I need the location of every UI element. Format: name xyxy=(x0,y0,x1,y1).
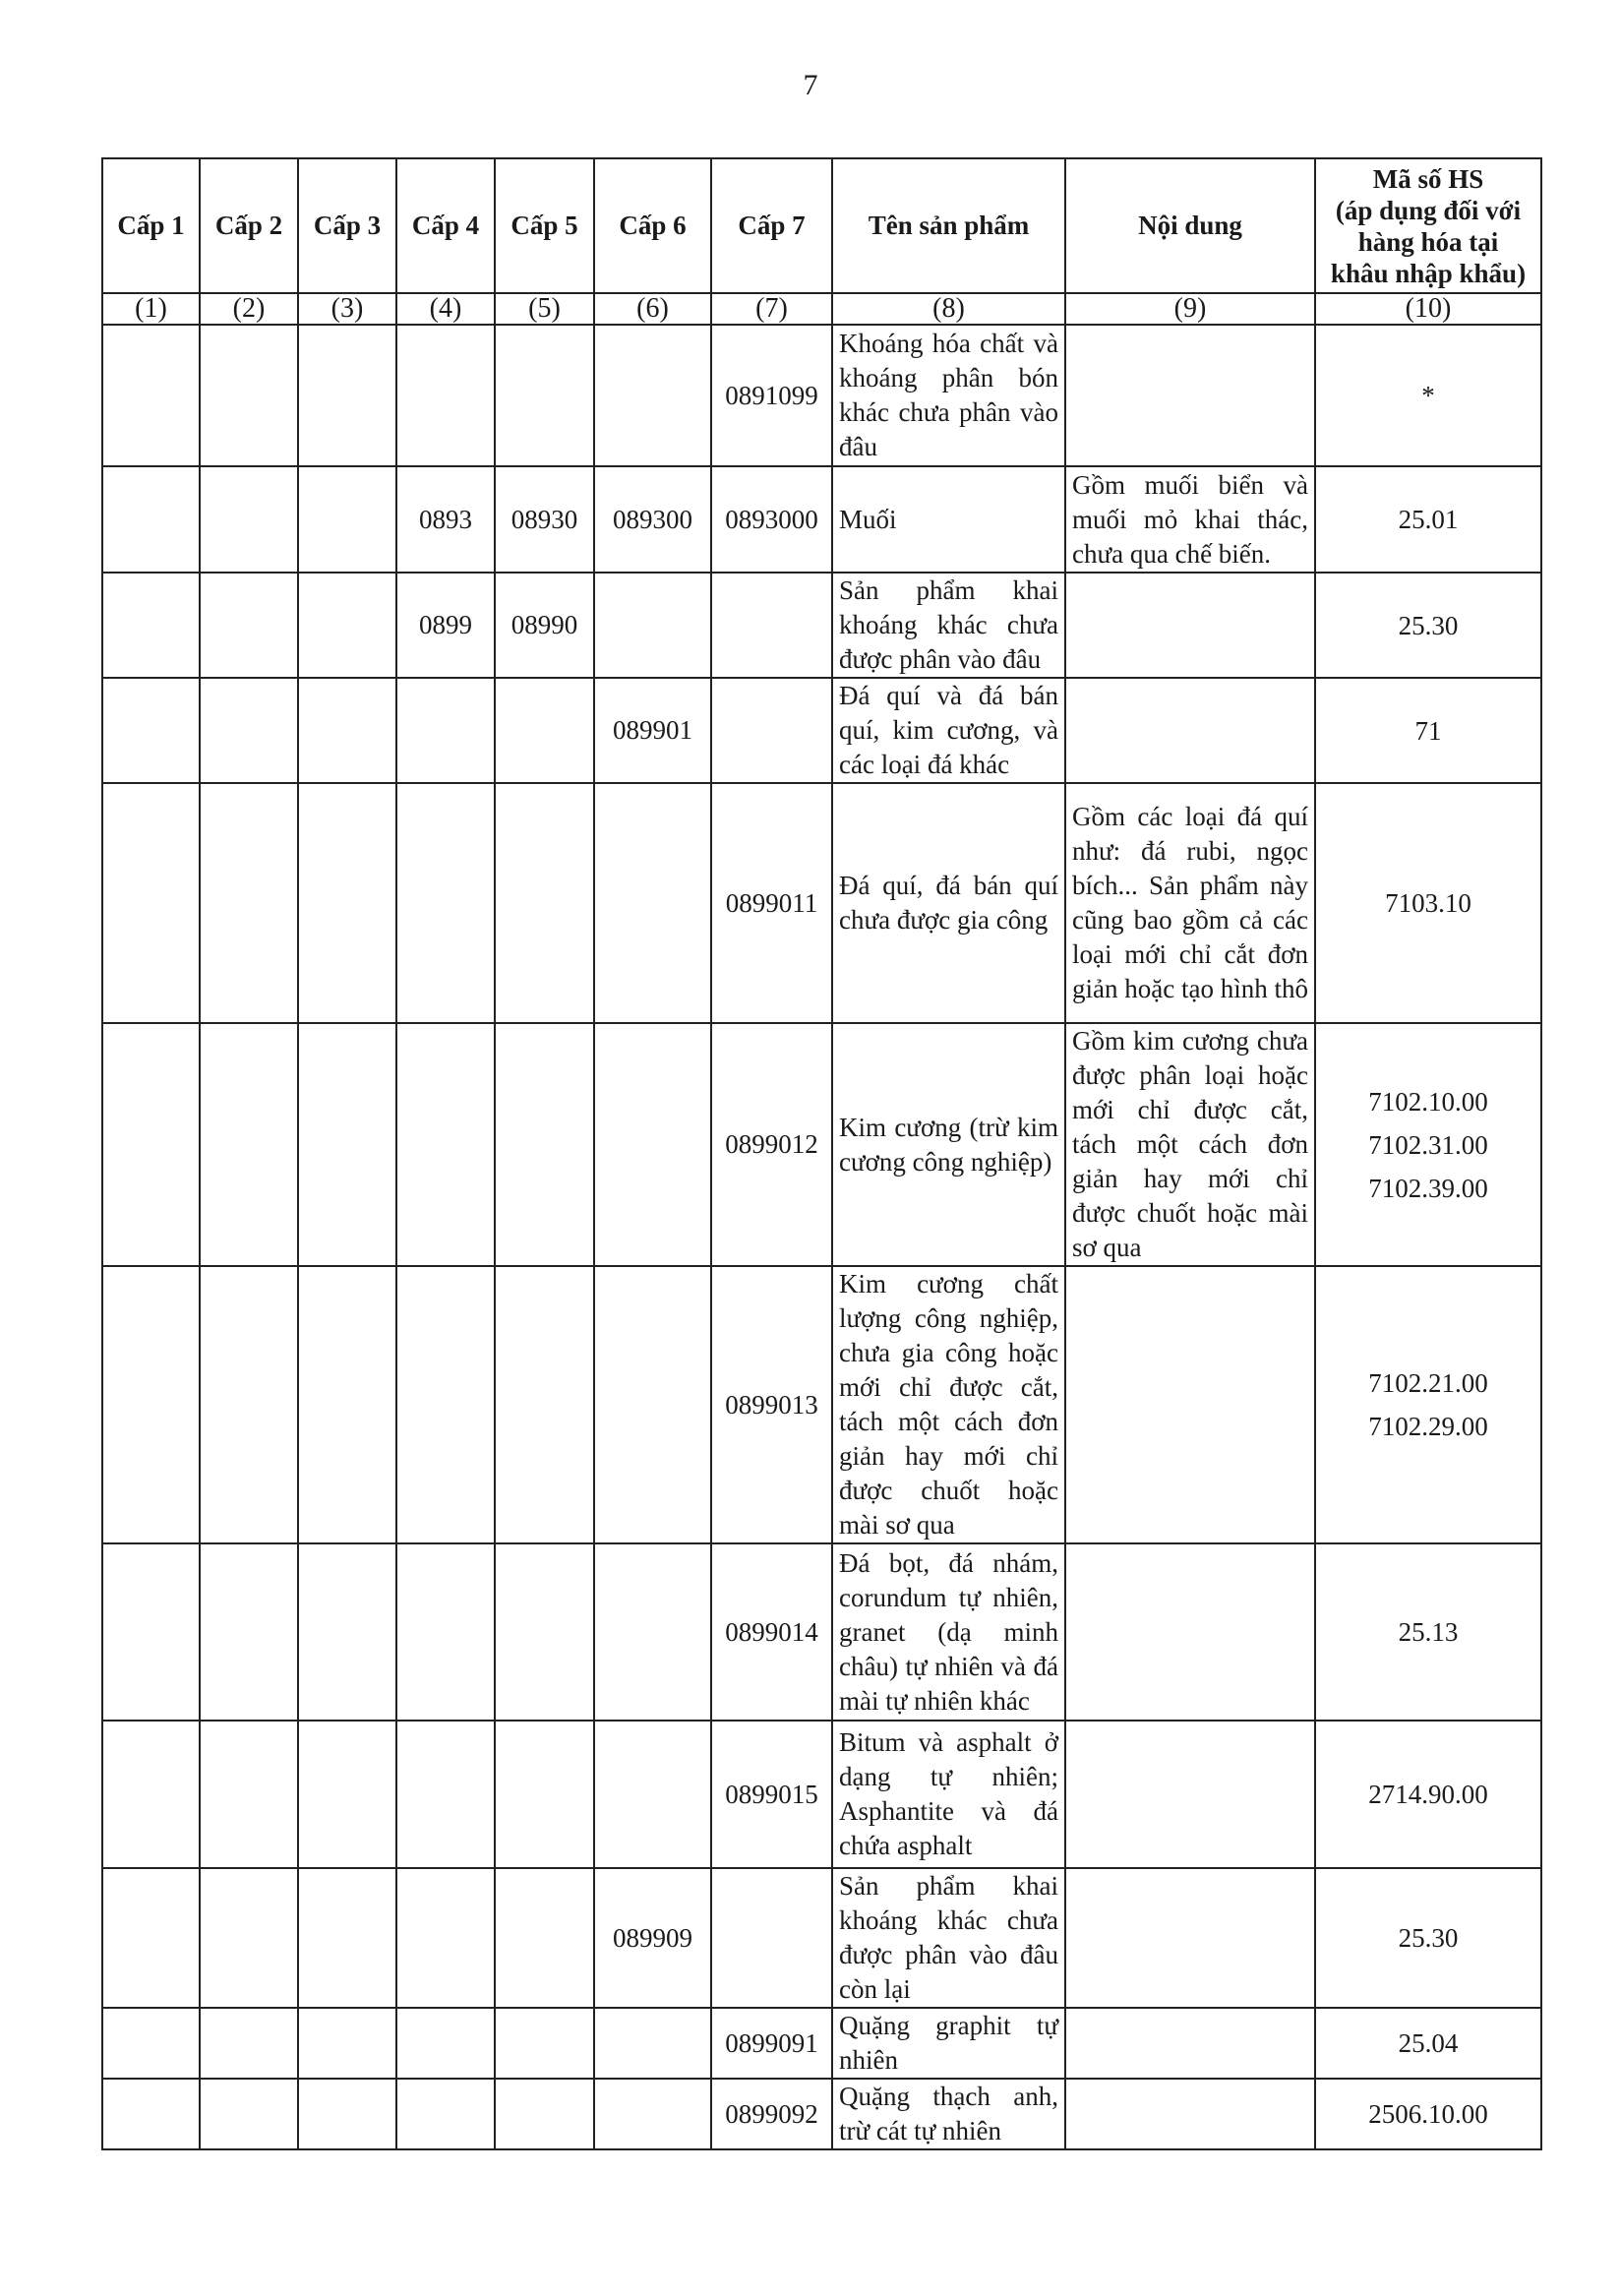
cap-4-cell xyxy=(396,325,495,466)
hs-code-value: 25.30 xyxy=(1322,604,1534,647)
cap-3-cell xyxy=(298,466,396,573)
cap-7-cell: 0899092 xyxy=(711,2079,832,2149)
product-name-cell: Sản phẩm khai khoáng khác chưa được phân… xyxy=(832,1868,1065,2008)
cap-3-cell xyxy=(298,573,396,678)
cap-4-cell xyxy=(396,1721,495,1868)
table-row: 0899092Quặng thạch anh, trừ cát tự nhiên… xyxy=(102,2079,1541,2149)
cap-4-cell: 0899 xyxy=(396,573,495,678)
column-index: (9) xyxy=(1065,293,1315,325)
column-index: (4) xyxy=(396,293,495,325)
content-cell: Gồm kim cương chưa được phân loại hoặc m… xyxy=(1065,1023,1315,1266)
cap-2-cell xyxy=(200,573,298,678)
content-cell xyxy=(1065,2008,1315,2079)
cap-7-cell: 0899012 xyxy=(711,1023,832,1266)
hs-code-cell: 25.30 xyxy=(1315,573,1541,678)
table-row: 0899015Bitum và asphalt ở dạng tự nhiên;… xyxy=(102,1721,1541,1868)
column-index-row: (1) (2) (3) (4) (5) (6) (7) (8) (9) (10) xyxy=(102,293,1541,325)
cap-7-cell: 0899014 xyxy=(711,1543,832,1721)
hs-header-line: hàng hóa tại xyxy=(1322,226,1534,258)
hs-code-cell: * xyxy=(1315,325,1541,466)
cap-3-cell xyxy=(298,2008,396,2079)
cap-2-cell xyxy=(200,1023,298,1266)
hs-code-value: 2714.90.00 xyxy=(1322,1773,1534,1816)
cap-6-cell xyxy=(594,1266,711,1543)
content-cell: Gồm muối biển và muối mỏ khai thác, chưa… xyxy=(1065,466,1315,573)
cap-7-cell: 0891099 xyxy=(711,325,832,466)
product-name-cell: Khoáng hóa chất và khoáng phân bón khác … xyxy=(832,325,1065,466)
column-index: (6) xyxy=(594,293,711,325)
hs-code-value: 7102.29.00 xyxy=(1322,1405,1534,1448)
cap-1-cell xyxy=(102,1543,200,1721)
hs-code-value: 71 xyxy=(1322,709,1534,753)
table-row: 089908990Sản phẩm khai khoáng khác chưa … xyxy=(102,573,1541,678)
hs-code-value: 25.13 xyxy=(1322,1610,1534,1654)
content-cell: Gồm các loại đá quí như: đá rubi, ngọc b… xyxy=(1065,783,1315,1023)
product-name-cell: Kim cương (trừ kim cương công nghiệp) xyxy=(832,1023,1065,1266)
cap-2-cell xyxy=(200,1868,298,2008)
cap-1-cell xyxy=(102,783,200,1023)
header-row: Cấp 1 Cấp 2 Cấp 3 Cấp 4 Cấp 5 Cấp 6 Cấp … xyxy=(102,158,1541,293)
hs-header-line: khâu nhập khẩu) xyxy=(1322,258,1534,289)
cap-1-cell xyxy=(102,1868,200,2008)
cap-5-cell xyxy=(495,1266,594,1543)
hs-code-value: 25.30 xyxy=(1322,1916,1534,1960)
cap-4-cell xyxy=(396,1543,495,1721)
header-product-name: Tên sản phẩm xyxy=(832,158,1065,293)
cap-6-cell: 089909 xyxy=(594,1868,711,2008)
table-row: 0893089300893000893000MuốiGồm muối biển … xyxy=(102,466,1541,573)
cap-5-cell xyxy=(495,2079,594,2149)
cap-5-cell xyxy=(495,678,594,783)
cap-3-cell xyxy=(298,2079,396,2149)
cap-3-cell xyxy=(298,1721,396,1868)
cap-7-cell: 0899011 xyxy=(711,783,832,1023)
cap-2-cell xyxy=(200,678,298,783)
cap-6-cell xyxy=(594,573,711,678)
cap-1-cell xyxy=(102,1023,200,1266)
hs-code-cell: 25.13 xyxy=(1315,1543,1541,1721)
header-hs-code: Mã số HS (áp dụng đối với hàng hóa tại k… xyxy=(1315,158,1541,293)
hs-code-cell: 2506.10.00 xyxy=(1315,2079,1541,2149)
product-name-cell: Bitum và asphalt ở dạng tự nhiên; Asphan… xyxy=(832,1721,1065,1868)
cap-4-cell: 0893 xyxy=(396,466,495,573)
hs-code-table: Cấp 1 Cấp 2 Cấp 3 Cấp 4 Cấp 5 Cấp 6 Cấp … xyxy=(101,157,1542,2150)
column-index: (2) xyxy=(200,293,298,325)
header-cap-7: Cấp 7 xyxy=(711,158,832,293)
content-cell xyxy=(1065,678,1315,783)
hs-code-cell: 7102.10.007102.31.007102.39.00 xyxy=(1315,1023,1541,1266)
cap-4-cell xyxy=(396,1023,495,1266)
cap-3-cell xyxy=(298,325,396,466)
product-name-cell: Sản phẩm khai khoáng khác chưa được phân… xyxy=(832,573,1065,678)
hs-code-cell: 7103.10 xyxy=(1315,783,1541,1023)
table-row: 089901Đá quí và đá bán quí, kim cương, v… xyxy=(102,678,1541,783)
header-cap-4: Cấp 4 xyxy=(396,158,495,293)
cap-7-cell: 0899091 xyxy=(711,2008,832,2079)
hs-code-value: 7102.39.00 xyxy=(1322,1167,1534,1210)
cap-1-cell xyxy=(102,1266,200,1543)
table-row: 0899012Kim cương (trừ kim cương công ngh… xyxy=(102,1023,1541,1266)
hs-code-cell: 25.01 xyxy=(1315,466,1541,573)
content-cell xyxy=(1065,1543,1315,1721)
column-index: (8) xyxy=(832,293,1065,325)
column-index: (7) xyxy=(711,293,832,325)
cap-5-cell xyxy=(495,1543,594,1721)
cap-6-cell xyxy=(594,2079,711,2149)
table-body: 0891099Khoáng hóa chất và khoáng phân bó… xyxy=(102,325,1541,2149)
content-cell xyxy=(1065,1721,1315,1868)
cap-1-cell xyxy=(102,2079,200,2149)
cap-4-cell xyxy=(396,678,495,783)
hs-code-value: * xyxy=(1322,374,1534,417)
table-row: 0891099Khoáng hóa chất và khoáng phân bó… xyxy=(102,325,1541,466)
cap-6-cell xyxy=(594,1023,711,1266)
cap-2-cell xyxy=(200,1543,298,1721)
hs-code-cell: 25.04 xyxy=(1315,2008,1541,2079)
cap-6-cell xyxy=(594,1721,711,1868)
column-index: (5) xyxy=(495,293,594,325)
cap-3-cell xyxy=(298,783,396,1023)
page-number: 7 xyxy=(0,69,1621,102)
cap-4-cell xyxy=(396,2079,495,2149)
product-name-cell: Quặng thạch anh, trừ cát tự nhiên xyxy=(832,2079,1065,2149)
hs-code-cell: 71 xyxy=(1315,678,1541,783)
table-row: 0899013Kim cương chất lượng công nghiệp,… xyxy=(102,1266,1541,1543)
content-cell xyxy=(1065,1266,1315,1543)
hs-header-line: (áp dụng đối với xyxy=(1322,195,1534,226)
product-name-cell: Kim cương chất lượng công nghiệp, chưa g… xyxy=(832,1266,1065,1543)
cap-7-cell: 0893000 xyxy=(711,466,832,573)
cap-3-cell xyxy=(298,1543,396,1721)
product-name-cell: Đá quí và đá bán quí, kim cương, và các … xyxy=(832,678,1065,783)
hs-code-value: 25.01 xyxy=(1322,498,1534,541)
hs-header-line: Mã số HS xyxy=(1322,163,1534,195)
header-cap-6: Cấp 6 xyxy=(594,158,711,293)
cap-5-cell xyxy=(495,1023,594,1266)
cap-5-cell xyxy=(495,1721,594,1868)
cap-5-cell xyxy=(495,783,594,1023)
column-index: (1) xyxy=(102,293,200,325)
cap-6-cell xyxy=(594,2008,711,2079)
cap-2-cell xyxy=(200,783,298,1023)
cap-2-cell xyxy=(200,2008,298,2079)
cap-5-cell: 08930 xyxy=(495,466,594,573)
cap-4-cell xyxy=(396,1868,495,2008)
product-name-cell: Quặng graphit tự nhiên xyxy=(832,2008,1065,2079)
cap-4-cell xyxy=(396,1266,495,1543)
cap-7-cell xyxy=(711,573,832,678)
product-name-cell: Đá quí, đá bán quí chưa được gia công xyxy=(832,783,1065,1023)
hs-code-cell: 7102.21.007102.29.00 xyxy=(1315,1266,1541,1543)
hs-code-value: 7102.10.00 xyxy=(1322,1080,1534,1123)
cap-1-cell xyxy=(102,2008,200,2079)
cap-2-cell xyxy=(200,325,298,466)
table-row: 0899011Đá quí, đá bán quí chưa được gia … xyxy=(102,783,1541,1023)
table-row: 0899014Đá bọt, đá nhám, corundum tự nhiê… xyxy=(102,1543,1541,1721)
hs-code-value: 2506.10.00 xyxy=(1322,2092,1534,2136)
cap-2-cell xyxy=(200,1721,298,1868)
cap-6-cell xyxy=(594,783,711,1023)
cap-5-cell: 08990 xyxy=(495,573,594,678)
cap-6-cell: 089901 xyxy=(594,678,711,783)
column-index: (3) xyxy=(298,293,396,325)
table-row: 0899091Quặng graphit tự nhiên25.04 xyxy=(102,2008,1541,2079)
header-content: Nội dung xyxy=(1065,158,1315,293)
content-cell xyxy=(1065,1868,1315,2008)
hs-code-value: 7102.21.00 xyxy=(1322,1361,1534,1405)
cap-3-cell xyxy=(298,1023,396,1266)
header-cap-5: Cấp 5 xyxy=(495,158,594,293)
cap-3-cell xyxy=(298,1266,396,1543)
content-cell xyxy=(1065,2079,1315,2149)
hs-code-value: 25.04 xyxy=(1322,2022,1534,2065)
cap-1-cell xyxy=(102,325,200,466)
cap-7-cell xyxy=(711,1868,832,2008)
cap-5-cell xyxy=(495,2008,594,2079)
cap-4-cell xyxy=(396,783,495,1023)
cap-2-cell xyxy=(200,1266,298,1543)
cap-5-cell xyxy=(495,1868,594,2008)
cap-1-cell xyxy=(102,466,200,573)
cap-6-cell xyxy=(594,1543,711,1721)
product-name-cell: Muối xyxy=(832,466,1065,573)
hs-code-cell: 25.30 xyxy=(1315,1868,1541,2008)
cap-7-cell xyxy=(711,678,832,783)
table-row: 089909Sản phẩm khai khoáng khác chưa đượ… xyxy=(102,1868,1541,2008)
cap-3-cell xyxy=(298,1868,396,2008)
cap-1-cell xyxy=(102,1721,200,1868)
cap-4-cell xyxy=(396,2008,495,2079)
cap-7-cell: 0899015 xyxy=(711,1721,832,1868)
cap-2-cell xyxy=(200,2079,298,2149)
header-cap-2: Cấp 2 xyxy=(200,158,298,293)
content-cell xyxy=(1065,573,1315,678)
product-name-cell: Đá bọt, đá nhám, corundum tự nhiên, gran… xyxy=(832,1543,1065,1721)
cap-1-cell xyxy=(102,678,200,783)
header-cap-3: Cấp 3 xyxy=(298,158,396,293)
cap-1-cell xyxy=(102,573,200,678)
content-cell xyxy=(1065,325,1315,466)
cap-7-cell: 0899013 xyxy=(711,1266,832,1543)
cap-2-cell xyxy=(200,466,298,573)
hs-code-value: 7103.10 xyxy=(1322,881,1534,925)
hs-code-value: 7102.31.00 xyxy=(1322,1123,1534,1167)
hs-code-cell: 2714.90.00 xyxy=(1315,1721,1541,1868)
cap-3-cell xyxy=(298,678,396,783)
cap-6-cell: 089300 xyxy=(594,466,711,573)
column-index: (10) xyxy=(1315,293,1541,325)
cap-5-cell xyxy=(495,325,594,466)
cap-6-cell xyxy=(594,325,711,466)
header-cap-1: Cấp 1 xyxy=(102,158,200,293)
